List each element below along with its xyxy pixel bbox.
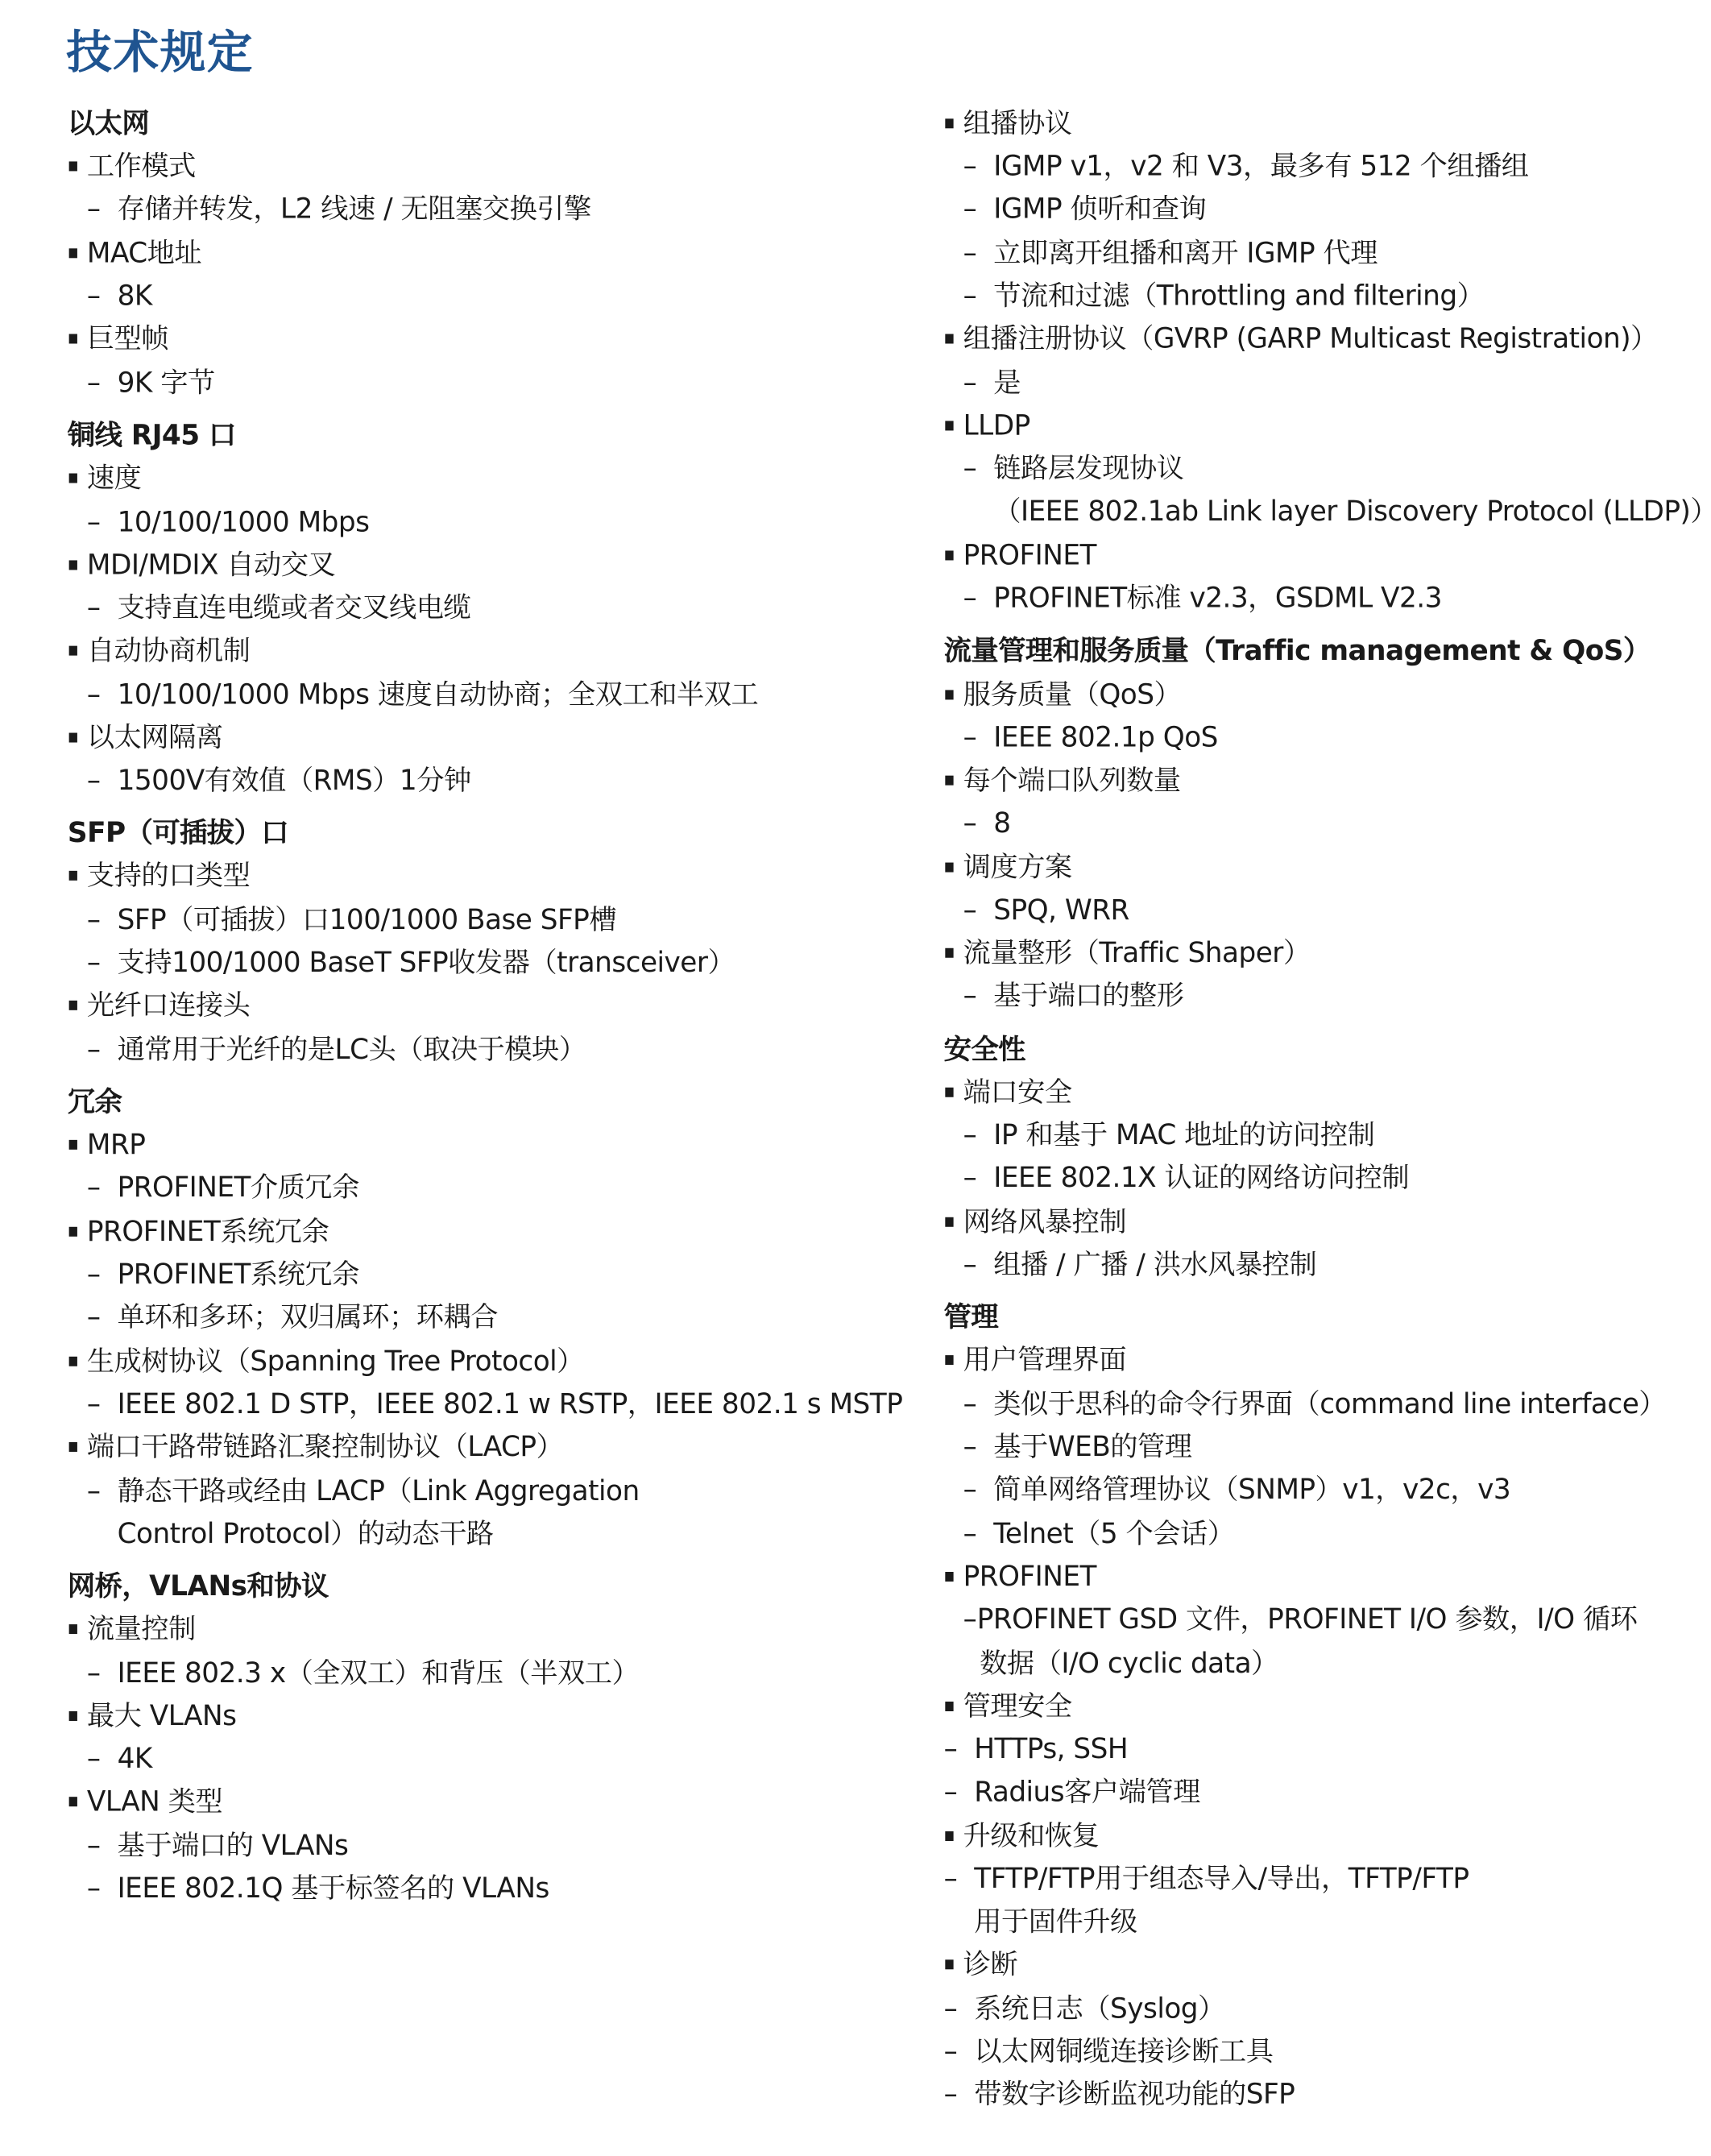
spec-item-label: VLAN 类型 — [87, 1785, 222, 1818]
spec-value: –PROFINET系统冗余 — [87, 1256, 359, 1292]
spec-value: –SPQ, WRR — [963, 892, 1129, 928]
dash-icon: – — [963, 892, 994, 928]
dash-icon: – — [944, 1990, 975, 2026]
spec-value: –单环和多环；双归属环；环耦合 — [87, 1299, 498, 1335]
dash-icon: – — [87, 762, 118, 798]
spec-value-text: 立即离开组播和离开 IGMP 代理 — [993, 236, 1377, 269]
spec-item: PROFINET — [944, 537, 1096, 573]
dash-icon: – — [87, 277, 118, 313]
spec-item-label: PROFINET系统冗余 — [87, 1214, 329, 1247]
spec-item-label: 诊断 — [963, 1947, 1017, 1980]
spec-item-label: 升级和恢复 — [963, 1819, 1100, 1852]
spec-value: –静态干路或经由 LACP（Link Aggregation — [87, 1473, 640, 1509]
spec-item: 自动协商机制 — [68, 632, 250, 669]
dash-icon: – — [963, 450, 994, 486]
spec-value-text: 类似于思科的命令行界面（command line interface） — [993, 1387, 1666, 1420]
spec-item-label: 工作模式 — [87, 149, 196, 182]
spec-item-label: 流量整形（Traffic Shaper） — [963, 935, 1311, 968]
spec-value-text: HTTPs, SSH — [974, 1732, 1128, 1765]
spec-item-label: PROFINET — [963, 538, 1096, 571]
dash-icon: – — [87, 902, 118, 938]
spec-value-text: PROFINET介质冗余 — [118, 1171, 359, 1204]
spec-item: 流量整形（Traffic Shaper） — [944, 935, 1311, 971]
spec-item-label: 管理安全 — [963, 1690, 1072, 1723]
spec-value: –IEEE 802.1 D STP，IEEE 802.1 w RSTP，IEEE… — [87, 1386, 902, 1422]
spec-item-label: 端口干路带链路汇聚控制协议（LACP） — [87, 1430, 563, 1463]
spec-item: 每个端口队列数量 — [944, 762, 1181, 798]
spec-value: –IEEE 802.1p QoS — [963, 719, 1218, 755]
spec-value-text: IEEE 802.3 x（全双工）和背压（半双工） — [118, 1656, 640, 1689]
spec-item: 最大 VLANs — [68, 1698, 237, 1734]
spec-value-text: 简单网络管理协议（SNMP）v1，v2c，v3 — [993, 1473, 1510, 1506]
dash-icon: – — [963, 719, 994, 755]
spec-item: 诊断 — [944, 1946, 1017, 1982]
spec-value: –链路层发现协议 — [963, 450, 1184, 486]
spec-value-text: 10/100/1000 Mbps — [118, 505, 370, 538]
spec-value-continuation: 数据（I/O cyclic data） — [980, 1645, 1278, 1681]
dash-icon: – — [87, 364, 118, 400]
spec-item: PROFINET — [944, 1558, 1096, 1594]
section-heading: 管理 — [944, 1299, 998, 1335]
dash-icon: – — [87, 1031, 118, 1068]
dash-icon: – — [87, 944, 118, 981]
spec-value-text: IEEE 802.1p QoS — [993, 720, 1218, 753]
spec-value-text: PROFINET标准 v2.3，GSDML V2.3 — [993, 581, 1442, 614]
spec-value-text: 系统日志（Syslog） — [974, 1992, 1224, 2025]
dash-icon: – — [963, 190, 994, 226]
spec-value-text: 通常用于光纤的是LC头（取决于模块） — [118, 1032, 586, 1065]
dash-icon: – — [963, 1515, 994, 1552]
spec-item: 端口干路带链路汇聚控制协议（LACP） — [68, 1428, 563, 1465]
spec-item-label: 网络风暴控制 — [963, 1204, 1126, 1238]
spec-item: MDI/MDIX 自动交叉 — [68, 546, 335, 583]
spec-value-text: IGMP 侦听和查询 — [993, 192, 1206, 225]
dash-icon: – — [87, 1827, 118, 1864]
spec-value: –支持100/1000 BaseT SFP收发器（transceiver） — [87, 944, 735, 981]
spec-item: 组播注册协议（GVRP (GARP Multicast Registration… — [944, 320, 1658, 356]
spec-item: LLDP — [944, 407, 1030, 443]
spec-value-continuation: 用于固件升级 — [974, 1903, 1137, 1939]
spec-value: –4K — [87, 1740, 152, 1777]
spec-value: –组播 / 广播 / 洪水风暴控制 — [963, 1246, 1317, 1283]
spec-item: 速度 — [68, 459, 141, 495]
dash-icon: – — [944, 1773, 975, 1810]
spec-value-text: 用于固件升级 — [974, 1905, 1137, 1938]
spec-item-label: 用户管理界面 — [963, 1343, 1126, 1376]
spec-item-label: 以太网隔离 — [87, 720, 223, 753]
spec-item: 光纤口连接头 — [68, 987, 250, 1023]
spec-value-text: 基于端口的整形 — [993, 978, 1183, 1011]
dash-icon: – — [963, 1601, 977, 1637]
spec-item: 工作模式 — [68, 147, 196, 184]
spec-value-text: SFP（可插拔）口100/1000 Base SFP槽 — [118, 902, 616, 935]
section-heading: SFP（可插拔）口 — [68, 815, 288, 851]
dash-icon: – — [87, 1386, 118, 1422]
spec-item-label: 速度 — [87, 461, 141, 494]
spec-item: 网络风暴控制 — [944, 1204, 1126, 1240]
spec-value-text: 8K — [118, 279, 152, 312]
dash-icon: – — [963, 1471, 994, 1507]
spec-value-text: 4K — [118, 1742, 152, 1775]
spec-value-text: PROFINET系统冗余 — [118, 1257, 359, 1290]
spec-item-label: 每个端口队列数量 — [963, 763, 1181, 796]
dash-icon: – — [963, 234, 994, 271]
dash-icon: – — [944, 2075, 975, 2112]
spec-value: –IEEE 802.1X 认证的网络访问控制 — [963, 1159, 1410, 1196]
section-heading-text: 管理 — [944, 1300, 998, 1333]
spec-value-text: Control Protocol）的动态干路 — [118, 1516, 494, 1549]
spec-value: –TFTP/FTP用于组态导入/导出，TFTP/FTP — [944, 1860, 1469, 1897]
dash-icon: – — [87, 504, 118, 540]
spec-value: –基于WEB的管理 — [963, 1428, 1192, 1465]
spec-value-text: 支持直连电缆或者交叉线电缆 — [118, 591, 471, 624]
spec-value: –类似于思科的命令行界面（command line interface） — [963, 1386, 1666, 1422]
spec-value: –立即离开组播和离开 IGMP 代理 — [963, 234, 1377, 271]
spec-value: –以太网铜缆连接诊断工具 — [944, 2033, 1274, 2069]
spec-value: –系统日志（Syslog） — [944, 1990, 1225, 2026]
spec-value-text: 带数字诊断监视功能的SFP — [974, 2077, 1295, 2110]
spec-value-text: 单环和多环；双归属环；环耦合 — [118, 1300, 498, 1333]
spec-item-label: 自动协商机制 — [87, 633, 250, 666]
spec-item-label: 巨型帧 — [87, 321, 168, 354]
dash-icon: – — [963, 805, 994, 841]
section-heading: 铜线 RJ45 口 — [68, 417, 236, 453]
spec-item-label: 生成树协议（Spanning Tree Protocol） — [87, 1344, 584, 1377]
dash-icon: – — [944, 1860, 975, 1897]
spec-item-label: 流量控制 — [87, 1612, 196, 1645]
spec-value: –简单网络管理协议（SNMP）v1，v2c，v3 — [963, 1471, 1511, 1507]
dash-icon: – — [963, 579, 994, 616]
spec-item: VLAN 类型 — [68, 1783, 222, 1819]
spec-item: MAC地址 — [68, 234, 201, 271]
spec-value-text: SPQ, WRR — [993, 893, 1129, 926]
spec-value: –IEEE 802.1Q 基于标签名的 VLANs — [87, 1870, 549, 1906]
spec-item: 生成树协议（Spanning Tree Protocol） — [68, 1343, 584, 1379]
spec-value-text: 组播 / 广播 / 洪水风暴控制 — [993, 1247, 1316, 1280]
dash-icon: – — [87, 1169, 118, 1205]
spec-value-text: 数据（I/O cyclic data） — [980, 1646, 1278, 1679]
dash-icon: – — [963, 147, 994, 184]
dash-icon: – — [87, 589, 118, 625]
spec-value: –Radius客户端管理 — [944, 1773, 1200, 1810]
spec-item-label: 最大 VLANs — [87, 1699, 237, 1732]
spec-value: –节流和过滤（Throttling and filtering） — [963, 277, 1485, 313]
dash-icon: – — [87, 1655, 118, 1691]
spec-value: –9K 字节 — [87, 364, 215, 400]
spec-item: 组播协议 — [944, 105, 1072, 141]
dash-icon: – — [944, 2033, 975, 2069]
spec-value-text: Telnet（5 个会话） — [993, 1516, 1234, 1549]
spec-value: –是 — [963, 364, 1021, 400]
spec-value: –通常用于光纤的是LC头（取决于模块） — [87, 1031, 586, 1068]
section-heading-text: 安全性 — [944, 1032, 1025, 1065]
page-title: 技术规定 — [66, 25, 254, 81]
spec-value-text: IEEE 802.1Q 基于标签名的 VLANs — [118, 1872, 549, 1905]
spec-value: –HTTPs, SSH — [944, 1731, 1129, 1767]
spec-value: –10/100/1000 Mbps — [87, 504, 370, 540]
dash-icon: – — [963, 1117, 994, 1153]
spec-item-label: 服务质量（QoS） — [963, 678, 1182, 711]
dash-icon: – — [963, 277, 994, 313]
dash-icon: – — [87, 676, 118, 712]
section-heading: 网桥，VLANs和协议 — [68, 1568, 329, 1604]
spec-value: –1500V有效值（RMS）1分钟 — [87, 762, 471, 798]
section-heading-text: 以太网 — [68, 106, 149, 139]
spec-value: –基于端口的 VLANs — [87, 1827, 348, 1864]
spec-value-text: 存储并转发，L2 线速 / 无阻塞交换引擎 — [118, 192, 591, 225]
spec-value-text: 9K 字节 — [118, 366, 215, 399]
spec-value-text: 以太网铜缆连接诊断工具 — [974, 2034, 1273, 2067]
spec-value: –PROFINET GSD 文件，PROFINET I/O 参数，I/O 循环 — [963, 1601, 1638, 1637]
section-heading-text: 冗余 — [68, 1084, 122, 1117]
dash-icon: – — [963, 1428, 994, 1465]
spec-value-text: 链路层发现协议 — [993, 451, 1183, 484]
spec-item: 以太网隔离 — [68, 719, 223, 755]
section-heading-text: 网桥，VLANs和协议 — [68, 1569, 329, 1602]
spec-item: 管理安全 — [944, 1688, 1072, 1724]
dash-icon: – — [963, 364, 994, 400]
spec-value: –存储并转发，L2 线速 / 无阻塞交换引擎 — [87, 190, 591, 226]
spec-value: –PROFINET介质冗余 — [87, 1169, 359, 1205]
spec-value: –基于端口的整形 — [963, 977, 1184, 1014]
spec-value-text: 8 — [993, 806, 1010, 839]
spec-value: –支持直连电缆或者交叉线电缆 — [87, 589, 470, 625]
spec-value-text: （IEEE 802.1ab Link layer Discovery Proto… — [993, 494, 1711, 527]
spec-item-label: 调度方案 — [963, 850, 1072, 883]
spec-value: –10/100/1000 Mbps 速度自动协商；全双工和半双工 — [87, 676, 758, 712]
spec-item: 调度方案 — [944, 848, 1072, 885]
spec-item-label: 组播协议 — [963, 106, 1072, 139]
dash-icon: – — [87, 1299, 118, 1335]
spec-item-label: MDI/MDIX 自动交叉 — [87, 548, 335, 581]
dash-icon: – — [963, 1159, 994, 1196]
spec-item-label: 组播注册协议（GVRP (GARP Multicast Registration… — [963, 321, 1658, 354]
spec-value-text: 静态干路或经由 LACP（Link Aggregation — [118, 1474, 640, 1507]
spec-value-text: 10/100/1000 Mbps 速度自动协商；全双工和半双工 — [118, 678, 759, 711]
spec-sheet: 技术规定 以太网工作模式–存储并转发，L2 线速 / 无阻塞交换引擎MAC地址–… — [0, 0, 1711, 2156]
spec-value-text: 1500V有效值（RMS）1分钟 — [118, 763, 471, 796]
section-heading: 安全性 — [944, 1031, 1025, 1068]
spec-item: 升级和恢复 — [944, 1818, 1100, 1854]
spec-item-label: MAC地址 — [87, 236, 201, 269]
spec-value-text: 支持100/1000 BaseT SFP收发器（transceiver） — [118, 945, 735, 978]
spec-item: PROFINET系统冗余 — [68, 1213, 329, 1250]
dash-icon: – — [87, 1740, 118, 1777]
spec-item-label: 支持的口类型 — [87, 858, 250, 891]
spec-item-label: LLDP — [963, 408, 1030, 442]
spec-item: 巨型帧 — [68, 320, 168, 356]
spec-value: –SFP（可插拔）口100/1000 Base SFP槽 — [87, 902, 616, 938]
spec-value: –IP 和基于 MAC 地址的访问控制 — [963, 1117, 1375, 1153]
spec-value-text: TFTP/FTP用于组态导入/导出，TFTP/FTP — [974, 1862, 1469, 1895]
spec-value: –IEEE 802.3 x（全双工）和背压（半双工） — [87, 1655, 639, 1691]
dash-icon: – — [87, 1473, 118, 1509]
spec-value-text: IEEE 802.1X 认证的网络访问控制 — [993, 1161, 1409, 1194]
section-heading: 以太网 — [68, 105, 149, 141]
section-heading: 流量管理和服务质量（Traffic management & QoS） — [944, 632, 1651, 669]
spec-value-text: 是 — [993, 366, 1021, 399]
spec-item: 服务质量（QoS） — [944, 676, 1182, 712]
spec-item: 用户管理界面 — [944, 1341, 1126, 1378]
dash-icon: – — [944, 1731, 975, 1767]
spec-value: –Telnet（5 个会话） — [963, 1515, 1235, 1552]
spec-value-text: 节流和过滤（Throttling and filtering） — [993, 279, 1484, 312]
spec-value: –IGMP 侦听和查询 — [963, 190, 1207, 226]
dash-icon: – — [963, 977, 994, 1014]
spec-value: –8 — [963, 805, 1011, 841]
spec-value: –8K — [87, 277, 152, 313]
spec-item: 流量控制 — [68, 1611, 196, 1647]
spec-item: MRP — [68, 1126, 145, 1163]
section-heading-text: SFP（可插拔）口 — [68, 815, 288, 848]
spec-value-continuation: Control Protocol）的动态干路 — [118, 1515, 494, 1552]
spec-item-label: 端口安全 — [963, 1075, 1072, 1108]
dash-icon: – — [87, 190, 118, 226]
spec-value-text: PROFINET GSD 文件，PROFINET I/O 参数，I/O 循环 — [977, 1602, 1638, 1636]
spec-value: –PROFINET标准 v2.3，GSDML V2.3 — [963, 579, 1442, 616]
spec-value: –IGMP v1，v2 和 V3，最多有 512 个组播组 — [963, 147, 1529, 184]
spec-value-text: IEEE 802.1 D STP，IEEE 802.1 w RSTP，IEEE … — [118, 1387, 903, 1420]
dash-icon: – — [87, 1256, 118, 1292]
dash-icon: – — [87, 1870, 118, 1906]
dash-icon: – — [963, 1386, 994, 1422]
spec-value-text: 基于WEB的管理 — [993, 1430, 1191, 1463]
spec-value-text: IGMP v1，v2 和 V3，最多有 512 个组播组 — [993, 149, 1528, 182]
spec-item-label: 光纤口连接头 — [87, 988, 250, 1021]
spec-item: 端口安全 — [944, 1074, 1072, 1110]
spec-value-continuation: （IEEE 802.1ab Link layer Discovery Proto… — [993, 493, 1711, 529]
spec-value-text: 基于端口的 VLANs — [118, 1829, 349, 1862]
section-heading-text: 流量管理和服务质量（Traffic management & QoS） — [944, 633, 1651, 666]
spec-item-label: PROFINET — [963, 1560, 1096, 1593]
section-heading-text: 铜线 RJ45 口 — [68, 418, 236, 451]
spec-value-text: IP 和基于 MAC 地址的访问控制 — [993, 1117, 1374, 1151]
section-heading: 冗余 — [68, 1084, 122, 1120]
dash-icon: – — [963, 1246, 994, 1283]
spec-value-text: Radius客户端管理 — [974, 1775, 1200, 1808]
spec-item-label: MRP — [87, 1127, 146, 1160]
spec-item: 支持的口类型 — [68, 857, 250, 893]
spec-value: –带数字诊断监视功能的SFP — [944, 2075, 1295, 2112]
